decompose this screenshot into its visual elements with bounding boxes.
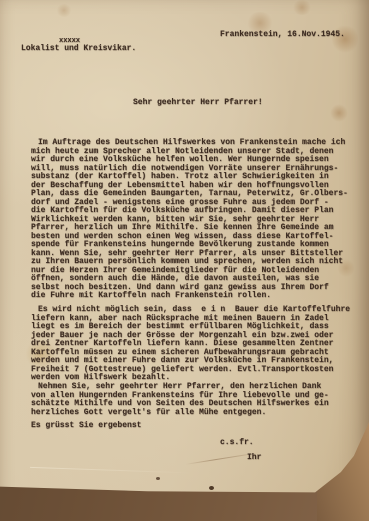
paper-speck	[156, 477, 160, 480]
salutation: Sehr geehrter Herr Pfarrer!	[133, 99, 263, 108]
paper-stain	[330, 104, 348, 122]
sender-title-line: Lokalist und Kreisvikar.	[21, 45, 136, 54]
body-paragraph-3: Nehmen Sie, sehr geehrter Herr Pfarrer, …	[31, 383, 329, 417]
sender-initials: c.s.fr.	[220, 439, 254, 448]
paper-stain	[56, 4, 72, 17]
body-paragraph-1: Im Auftrage des Deutschen Hilfswerkes vo…	[31, 139, 348, 301]
closing-line: Es grüsst Sie ergebenst	[31, 422, 141, 431]
photographed-letter: xxxxx Lokalist und Kreisvikar. Frankenst…	[0, 0, 369, 521]
body-paragraph-2: Es wird nicht möglich sein, dass e i n B…	[31, 306, 350, 383]
paper-stain	[292, 0, 312, 15]
paper-speck	[209, 486, 214, 490]
paper-crease	[30, 467, 210, 474]
letter-paper: xxxxx Lokalist und Kreisvikar. Frankenst…	[0, 0, 369, 521]
dateline: Frankenstein, 16.Nov.1945.	[220, 31, 345, 40]
signature-intro: Ihr	[247, 454, 261, 463]
